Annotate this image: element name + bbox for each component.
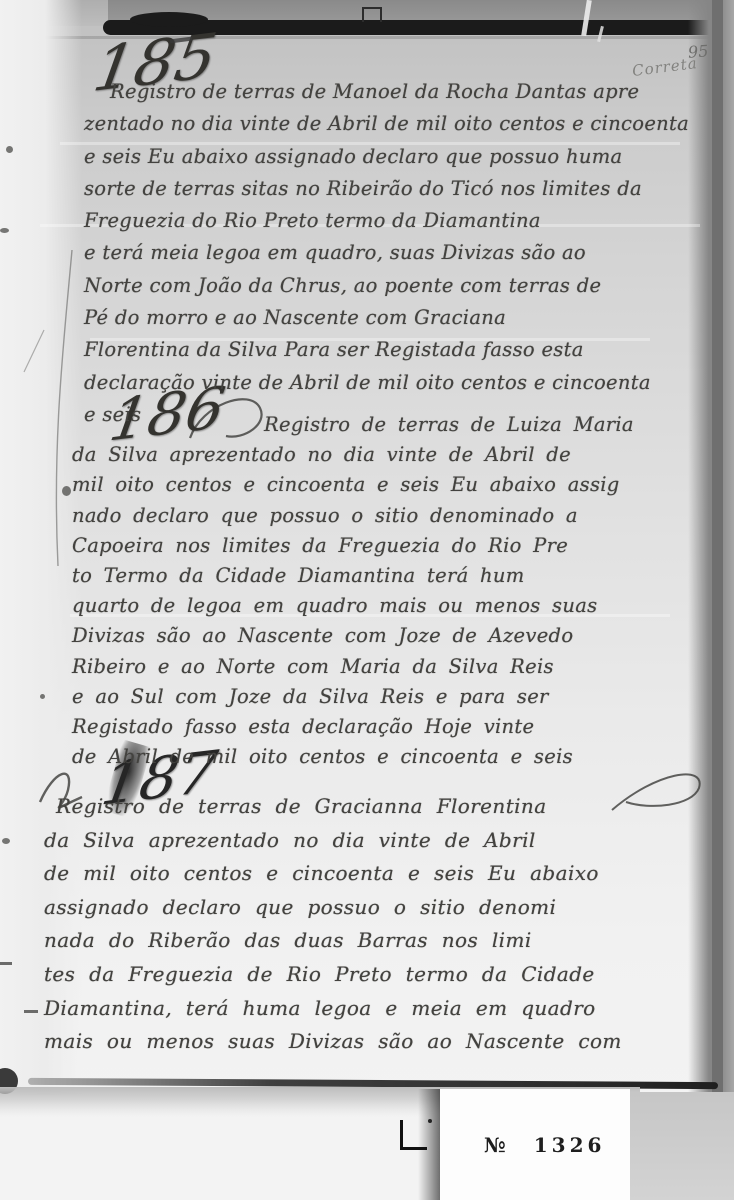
manuscript-line: nado declaro que possuo o sitio denomina… bbox=[72, 501, 722, 531]
manuscript-line: da Silva aprezentado no dia vinte de Abr… bbox=[72, 440, 722, 470]
manuscript-line: Norte com João da Chrus, ao poente com t… bbox=[84, 270, 724, 302]
manuscript-line: tes da Freguezia de Rio Preto termo da C… bbox=[44, 958, 704, 992]
bottom-right-gray bbox=[630, 1092, 734, 1200]
manuscript-line: Registro de terras de Gracianna Florenti… bbox=[44, 790, 704, 824]
registry-entry-187: Registro de terras de Gracianna Florenti… bbox=[44, 790, 704, 1059]
corner-bracket-mark bbox=[400, 1120, 427, 1150]
manuscript-line: Florentina da Silva Para ser Registada f… bbox=[84, 334, 724, 366]
manuscript-line: de mil oito centos e cincoenta e seis Eu… bbox=[44, 857, 704, 891]
manuscript-line: e seis Eu abaixo assignado declaro que p… bbox=[84, 141, 724, 173]
ink-speck bbox=[62, 486, 71, 496]
manuscript-line: Registro de terras de Manoel da Rocha Da… bbox=[84, 76, 724, 108]
ink-speck bbox=[0, 228, 9, 233]
manuscript-line: declaração vinte de Abril de mil oito ce… bbox=[84, 367, 724, 399]
manuscript-line: Ribeiro e ao Norte com Maria da Silva Re… bbox=[72, 652, 722, 682]
manuscript-line: da Silva aprezentado no dia vinte de Abr… bbox=[44, 824, 704, 858]
manuscript-line: zentado no dia vinte de Abril de mil oit… bbox=[84, 108, 724, 140]
entry-186-text: Registro de terras de Luiza Mariada Silv… bbox=[72, 410, 722, 772]
scanned-registry-page: 95 Correta 185 186 187 Registro de terra… bbox=[0, 0, 734, 1200]
manuscript-line: Freguezia do Rio Preto termo da Diamanti… bbox=[84, 205, 724, 237]
registry-entry-185: Registro de terras de Manoel da Rocha Da… bbox=[84, 76, 724, 431]
numero-sign: № bbox=[484, 1133, 508, 1157]
manuscript-line: to Termo da Cidade Diamantina terá hum bbox=[72, 561, 722, 591]
manuscript-line: sorte de terras sitas no Ribeirão do Tic… bbox=[84, 173, 724, 205]
manuscript-line: Capoeira nos limites da Freguezia do Rio… bbox=[72, 531, 722, 561]
entry-185-text: Registro de terras de Manoel da Rocha Da… bbox=[84, 76, 724, 431]
manuscript-line: e ao Sul com Joze da Silva Reis e para s… bbox=[72, 682, 722, 712]
ink-speck bbox=[40, 694, 45, 699]
manuscript-line: Pé do morro e ao Nascente com Graciana bbox=[84, 302, 724, 334]
manuscript-line: Registado fasso esta declaração Hoje vin… bbox=[72, 712, 722, 742]
slip-number-value: 1326 bbox=[534, 1133, 606, 1157]
entry-187-text: Registro de terras de Gracianna Florenti… bbox=[44, 790, 704, 1059]
clamp-mark bbox=[362, 7, 382, 22]
ink-dot bbox=[428, 1119, 432, 1123]
manuscript-line: assignado declaro que possuo o sitio den… bbox=[44, 891, 704, 925]
ink-speck bbox=[2, 838, 10, 844]
margin-dash bbox=[0, 962, 12, 965]
page-right-edge-outer bbox=[723, 0, 734, 1200]
manuscript-line: Diamantina, terá huma legoa e meia em qu… bbox=[44, 992, 704, 1026]
manuscript-line: nada do Riberão das duas Barras nos limi bbox=[44, 924, 704, 958]
number-slip: №1326 bbox=[440, 1089, 630, 1200]
manuscript-line: Divizas são ao Nascente com Joze de Azev… bbox=[72, 621, 722, 651]
manuscript-line: de Abril de mil oito centos e cincoenta … bbox=[72, 742, 722, 772]
margin-dash bbox=[24, 1010, 38, 1013]
registry-entry-186: Registro de terras de Luiza Mariada Silv… bbox=[72, 410, 722, 772]
manuscript-line: mais ou menos suas Divizas são ao Nascen… bbox=[44, 1025, 704, 1059]
manuscript-line: mil oito centos e cincoenta e seis Eu ab… bbox=[72, 470, 722, 500]
ink-speck bbox=[6, 146, 13, 153]
manuscript-line: quarto de legoa em quadro mais ou menos … bbox=[72, 591, 722, 621]
manuscript-line: Registro de terras de Luiza Maria bbox=[72, 410, 722, 440]
slip-number-label: №1326 bbox=[484, 1133, 605, 1157]
manuscript-line: e terá meia legoa em quadro, suas Diviza… bbox=[84, 237, 724, 269]
